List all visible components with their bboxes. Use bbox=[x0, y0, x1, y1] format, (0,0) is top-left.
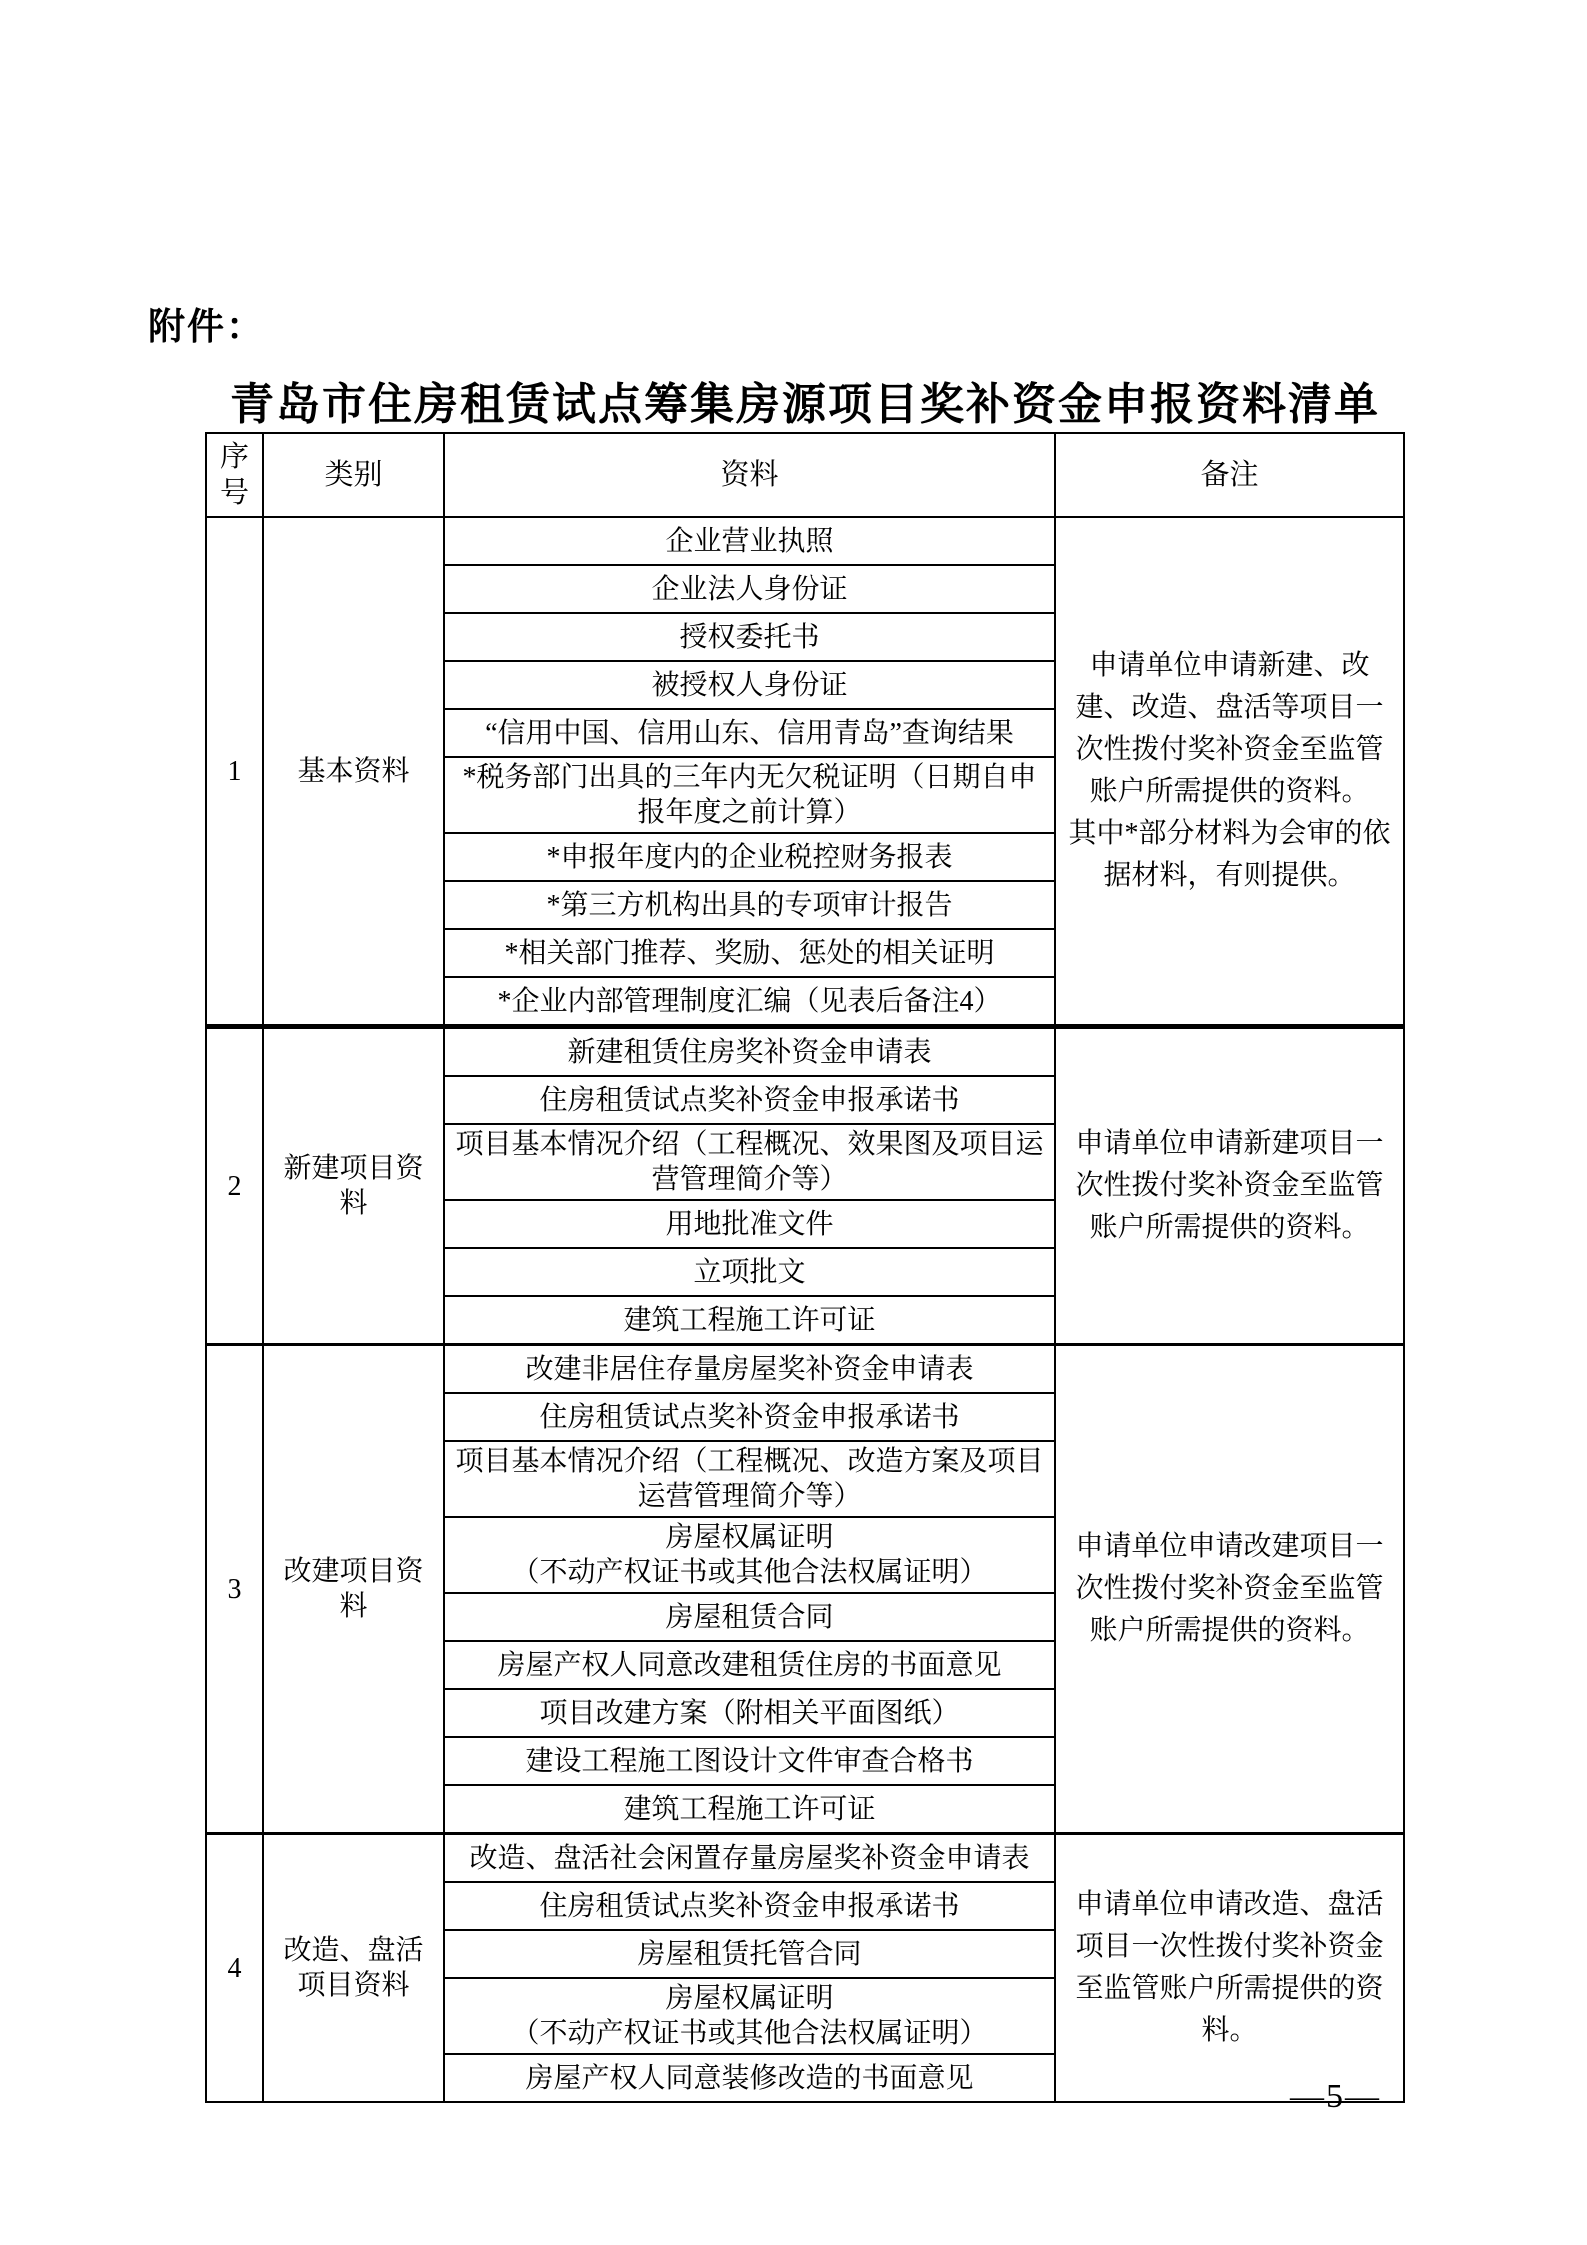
column-header-remark: 备注 bbox=[1055, 433, 1404, 517]
table-row: 4改造、盘活项目资料改造、盘活社会闲置存量房屋奖补资金申请表申请单位申请改造、盘… bbox=[206, 1834, 1404, 1883]
column-header-category: 类别 bbox=[263, 433, 444, 517]
material-cell: *申报年度内的企业税控财务报表 bbox=[444, 833, 1055, 881]
material-cell: 企业营业执照 bbox=[444, 517, 1055, 565]
row-number-cell: 2 bbox=[206, 1027, 263, 1345]
column-header-material: 资料 bbox=[444, 433, 1055, 517]
document-page: 附件： 青岛市住房租赁试点筹集房源项目奖补资金申报资料清单 序号 类别 资料 备… bbox=[0, 0, 1587, 2245]
material-cell: 建筑工程施工许可证 bbox=[444, 1785, 1055, 1834]
material-cell: 改建非居住存量房屋奖补资金申请表 bbox=[444, 1345, 1055, 1394]
row-number-cell: 4 bbox=[206, 1834, 263, 2103]
material-cell: 用地批准文件 bbox=[444, 1200, 1055, 1248]
category-cell: 改建项目资料 bbox=[263, 1345, 444, 1834]
table-row: 1基本资料企业营业执照申请单位申请新建、改建、改造、盘活等项目一次性拨付奖补资金… bbox=[206, 517, 1404, 565]
material-cell: 房屋权属证明 （不动产权证书或其他合法权属证明） bbox=[444, 1978, 1055, 2054]
material-cell: 住房租赁试点奖补资金申报承诺书 bbox=[444, 1393, 1055, 1441]
material-cell: 授权委托书 bbox=[444, 613, 1055, 661]
material-cell: 建筑工程施工许可证 bbox=[444, 1296, 1055, 1345]
material-cell: 住房租赁试点奖补资金申报承诺书 bbox=[444, 1076, 1055, 1124]
material-cell: 新建租赁住房奖补资金申请表 bbox=[444, 1027, 1055, 1077]
material-cell: *企业内部管理制度汇编（见表后备注4） bbox=[444, 977, 1055, 1027]
page-title: 青岛市住房租赁试点筹集房源项目奖补资金申报资料清单 bbox=[200, 368, 1410, 432]
material-cell: 房屋租赁合同 bbox=[444, 1593, 1055, 1641]
remark-cell: 申请单位申请改造、盘活项目一次性拨付奖补资金至监管账户所需提供的资料。 bbox=[1055, 1834, 1404, 2103]
material-cell: 立项批文 bbox=[444, 1248, 1055, 1296]
table-row: 2新建项目资料新建租赁住房奖补资金申请表申请单位申请新建项目一次性拨付奖补资金至… bbox=[206, 1027, 1404, 1077]
column-header-no: 序号 bbox=[206, 433, 263, 517]
material-cell: 项目基本情况介绍（工程概况、效果图及项目运营管理简介等） bbox=[444, 1124, 1055, 1200]
material-cell: 被授权人身份证 bbox=[444, 661, 1055, 709]
row-number-cell: 1 bbox=[206, 517, 263, 1027]
material-cell: *相关部门推荐、奖励、惩处的相关证明 bbox=[444, 929, 1055, 977]
remark-cell: 申请单位申请新建、改建、改造、盘活等项目一次性拨付奖补资金至监管账户所需提供的资… bbox=[1055, 517, 1404, 1027]
material-cell: 房屋租赁托管合同 bbox=[444, 1930, 1055, 1978]
remark-cell: 申请单位申请新建项目一次性拨付奖补资金至监管账户所需提供的资料。 bbox=[1055, 1027, 1404, 1345]
category-cell: 改造、盘活项目资料 bbox=[263, 1834, 444, 2103]
material-cell: 建设工程施工图设计文件审查合格书 bbox=[444, 1737, 1055, 1785]
material-cell: 项目基本情况介绍（工程概况、改造方案及项目运营管理简介等） bbox=[444, 1441, 1055, 1517]
page-number: —5— bbox=[1290, 2078, 1381, 2116]
material-cell: 房屋产权人同意装修改造的书面意见 bbox=[444, 2054, 1055, 2102]
table-row: 3改建项目资料改建非居住存量房屋奖补资金申请表申请单位申请改建项目一次性拨付奖补… bbox=[206, 1345, 1404, 1394]
material-cell: 企业法人身份证 bbox=[444, 565, 1055, 613]
material-cell: *第三方机构出具的专项审计报告 bbox=[444, 881, 1055, 929]
material-cell: 房屋权属证明 （不动产权证书或其他合法权属证明） bbox=[444, 1517, 1055, 1593]
material-cell: 改造、盘活社会闲置存量房屋奖补资金申请表 bbox=[444, 1834, 1055, 1883]
remark-cell: 申请单位申请改建项目一次性拨付奖补资金至监管账户所需提供的资料。 bbox=[1055, 1345, 1404, 1834]
material-cell: 项目改建方案（附相关平面图纸） bbox=[444, 1689, 1055, 1737]
table-header-row: 序号 类别 资料 备注 bbox=[206, 433, 1404, 517]
material-cell: 住房租赁试点奖补资金申报承诺书 bbox=[444, 1882, 1055, 1930]
materials-table: 序号 类别 资料 备注 1基本资料企业营业执照申请单位申请新建、改建、改造、盘活… bbox=[205, 432, 1405, 2103]
material-cell: “信用中国、信用山东、信用青岛”查询结果 bbox=[444, 709, 1055, 757]
category-cell: 基本资料 bbox=[263, 517, 444, 1027]
category-cell: 新建项目资料 bbox=[263, 1027, 444, 1345]
material-cell: 房屋产权人同意改建租赁住房的书面意见 bbox=[444, 1641, 1055, 1689]
material-cell: *税务部门出具的三年内无欠税证明（日期自申报年度之前计算） bbox=[444, 757, 1055, 833]
attachment-label: 附件： bbox=[148, 296, 265, 350]
row-number-cell: 3 bbox=[206, 1345, 263, 1834]
